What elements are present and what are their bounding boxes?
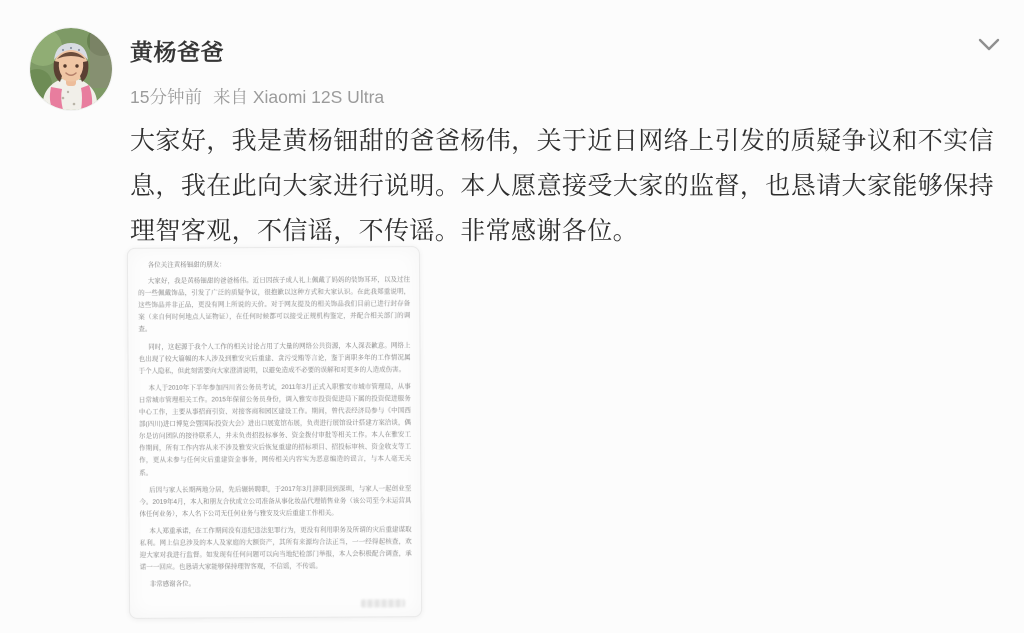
post-meta: 15分钟前 来自 Xiaomi 12S Ultra	[130, 84, 384, 109]
letter-salutation: 各位关注黄杨钿甜的朋友：	[138, 258, 410, 272]
post-source-device[interactable]: 来自 Xiaomi 12S Ultra	[213, 84, 384, 109]
letter-paragraph: 大家好，我是黄杨钿甜的爸爸杨伟。近日因孩子成人礼上佩戴了妈妈的装饰耳环，以及过往…	[138, 274, 410, 336]
collapse-post-button[interactable]	[976, 34, 1002, 56]
letter-paragraph: 本人于2010年下半年参加四川省公务员考试，2011年3月正式入职雅安市城市管理…	[139, 381, 412, 479]
post-text: 大家好，我是黄杨钿甜的爸爸杨伟，关于近日网络上引发的质疑争议和不实信息，我在此向…	[130, 119, 994, 254]
letter-paragraph: 同时，这起源于我个人工作的相关讨论占用了大量的网络公共资源，本人深表歉意。网络上…	[138, 340, 410, 378]
weibo-post-card: 黄杨爸爸 15分钟前 来自 Xiaomi 12S Ultra 大家好，我是黄杨钿…	[0, 0, 1024, 633]
letter-paragraph: 本人郑重承诺，在工作期间没有违纪违法犯罪行为，更没有利用职务及所谓的灾后重建谋取…	[140, 524, 412, 574]
letter-closing: 非常感谢各位。	[140, 577, 412, 591]
letter-text-block: 各位关注黄杨钿甜的朋友： 大家好，我是黄杨钿甜的爸爸杨伟。近日因孩子成人礼上佩戴…	[138, 258, 412, 591]
chevron-down-icon	[978, 38, 1000, 52]
photo-watermark	[361, 599, 405, 607]
avatar-girl-photo	[30, 28, 112, 110]
author-name[interactable]: 黄杨爸爸	[130, 34, 224, 67]
letter-paragraph: 后因与家人长期两地分居，先后辗转聘职，于2017年3月辞职回到深圳，与家人一起创…	[139, 483, 411, 521]
avatar[interactable]	[30, 28, 112, 110]
statement-letter-image[interactable]: 各位关注黄杨钿甜的朋友： 大家好，我是黄杨钿甜的爸爸杨伟。近日因孩子成人礼上佩戴…	[127, 246, 422, 619]
post-time[interactable]: 15分钟前	[130, 84, 202, 109]
